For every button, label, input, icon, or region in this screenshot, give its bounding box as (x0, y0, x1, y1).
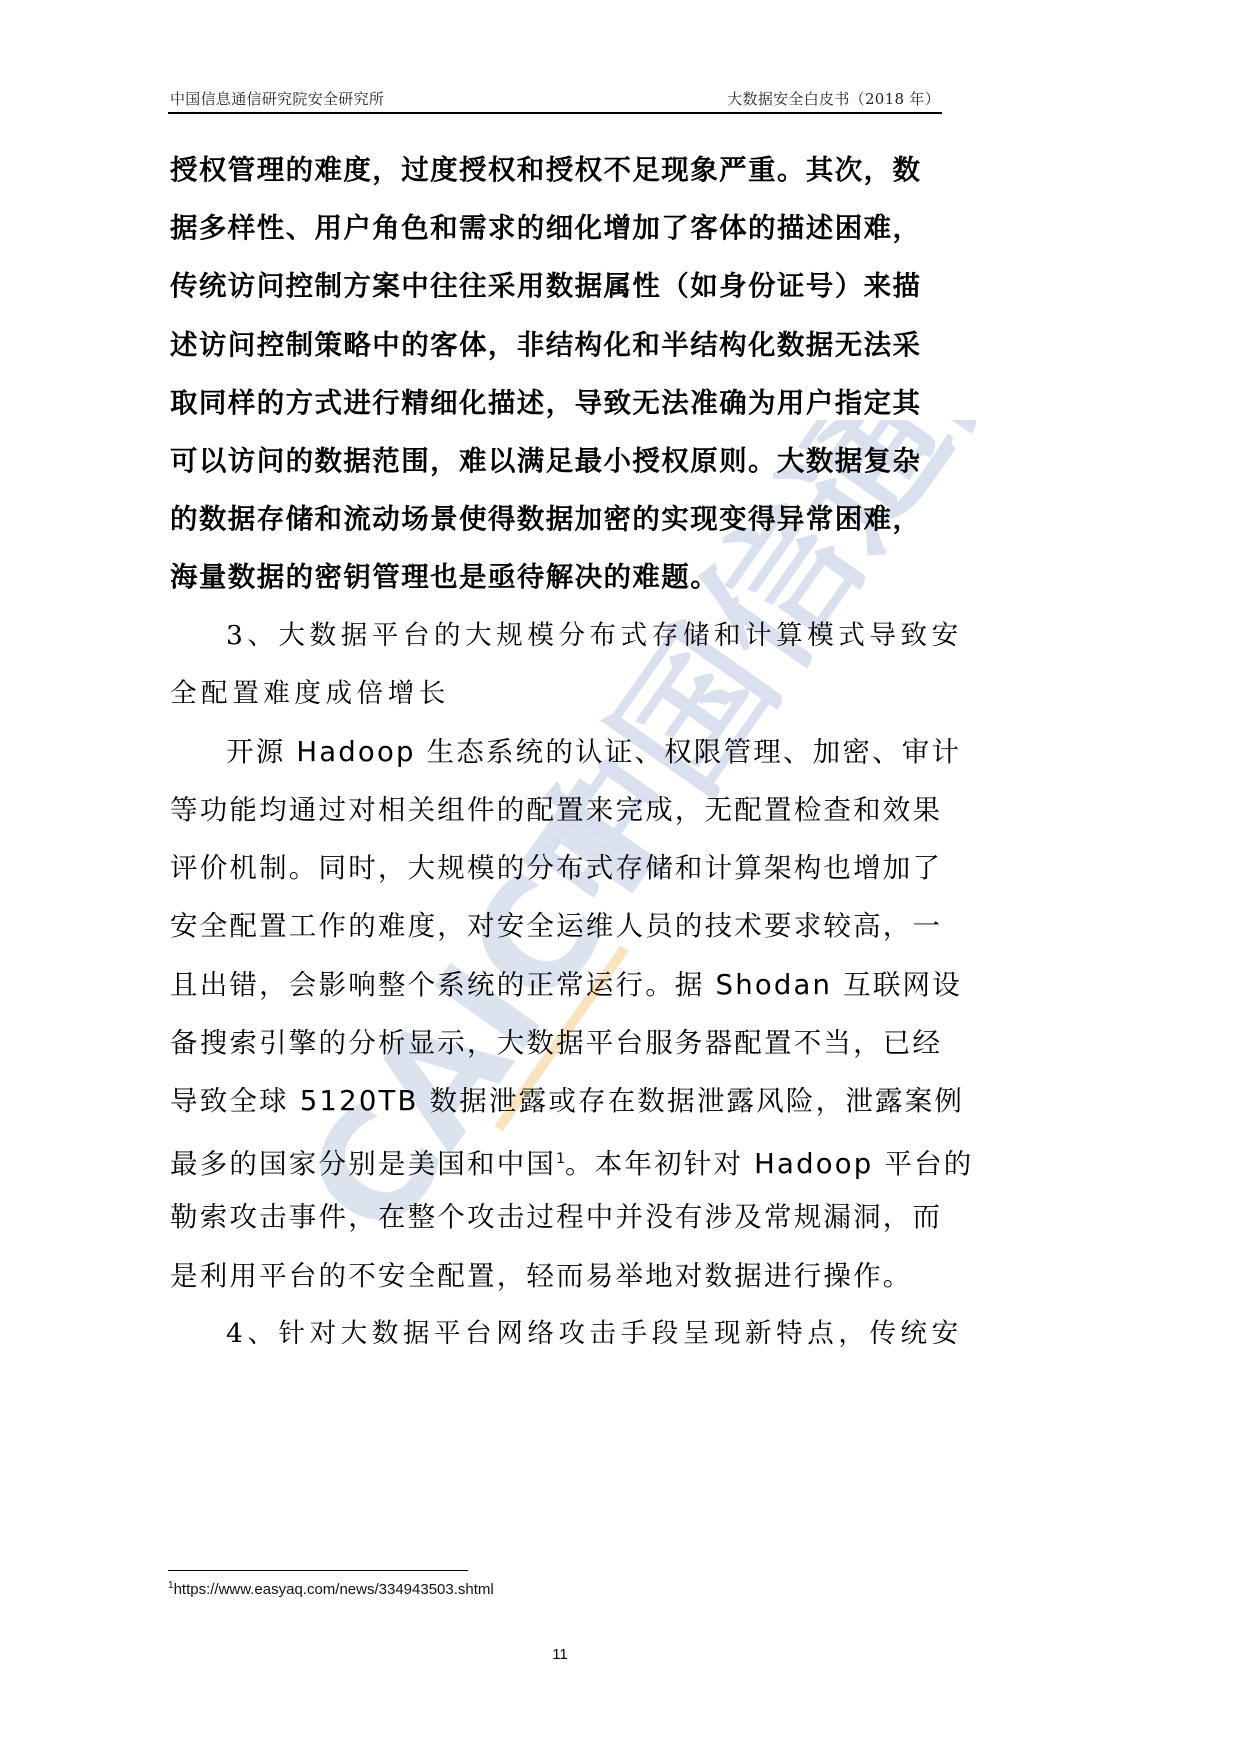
text-line: 备搜索引擎的分析显示，大数据平台服务器配置不当，已经 (170, 1014, 945, 1072)
page-number: 11 (540, 1646, 580, 1663)
text-line: 述访问控制策略中的客体，非结构化和半结构化数据无法采 (170, 316, 945, 374)
footnote-divider (168, 1570, 468, 1571)
header-organization: 中国信息通信研究院安全研究所 (170, 88, 384, 109)
heading-line: 4、针对大数据平台网络攻击手段呈现新特点，传统安 (170, 1305, 945, 1363)
text-line: 取同样的方式进行精细化描述，导致无法准确为用户指定其 (170, 374, 945, 432)
paragraph-access-control: 授权管理的难度，过度授权和授权不足现象严重。其次，数 据多样性、用户角色和需求的… (170, 141, 945, 607)
text-line: 勒索攻击事件，在整个攻击过程中并没有涉及常规漏洞，而 (170, 1188, 945, 1246)
text-line: 安全配置工作的难度，对安全运维人员的技术要求较高，一 (170, 897, 945, 955)
text-line: 且出错，会影响整个系统的正常运行。据 Shodan 互联网设 (170, 956, 945, 1014)
text-line: 的数据存储和流动场景使得数据加密的实现变得异常困难， (170, 490, 945, 548)
document-page: 中国信息通信研究院安全研究所 大数据安全白皮书（2018 年） CAICT 中国… (0, 0, 1240, 1754)
footnote-reference[interactable]: 1 (556, 1151, 565, 1167)
text-line: 开源 Hadoop 生态系统的认证、权限管理、加密、审计 (170, 723, 945, 781)
section-heading-3: 3、大数据平台的大规模分布式存储和计算模式导致安 全配置难度成倍增长 (170, 607, 945, 723)
heading-line: 全配置难度成倍增长 (170, 665, 945, 723)
text-line: 传统访问控制方案中往往采用数据属性（如身份证号）来描 (170, 257, 945, 315)
body-text: 授权管理的难度，过度授权和授权不足现象严重。其次，数 据多样性、用户角色和需求的… (170, 141, 945, 1363)
heading-line: 3、大数据平台的大规模分布式存储和计算模式导致安 (170, 607, 945, 665)
text-line: 是利用平台的不安全配置，轻而易举地对数据进行操作。 (170, 1247, 945, 1305)
paragraph-hadoop-config: 开源 Hadoop 生态系统的认证、权限管理、加密、审计 等功能均通过对相关组件… (170, 723, 945, 1305)
page-header: 中国信息通信研究院安全研究所 大数据安全白皮书（2018 年） (168, 86, 942, 110)
footnote: 1https://www.easyaq.com/news/334943503.s… (168, 1580, 494, 1598)
text-line: 评价机制。同时，大规模的分布式存储和计算架构也增加了 (170, 839, 945, 897)
text-line-with-footnote: 最多的国家分别是美国和中国1。本年初针对 Hadoop 平台的 (170, 1130, 945, 1188)
header-divider (168, 112, 942, 114)
text-line: 授权管理的难度，过度授权和授权不足现象严重。其次，数 (170, 141, 945, 199)
text-segment: 。本年初针对 Hadoop 平台的 (565, 1148, 973, 1180)
footnote-link[interactable]: https://www.easyaq.com/news/334943503.sh… (174, 1581, 494, 1598)
text-line: 海量数据的密钥管理也是亟待解决的难题。 (170, 548, 945, 606)
text-line: 据多样性、用户角色和需求的细化增加了客体的描述困难， (170, 199, 945, 257)
text-line: 等功能均通过对相关组件的配置来完成，无配置检查和效果 (170, 781, 945, 839)
text-line: 导致全球 5120TB 数据泄露或存在数据泄露风险，泄露案例 (170, 1072, 945, 1130)
text-line: 可以访问的数据范围，难以满足最小授权原则。大数据复杂 (170, 432, 945, 490)
section-heading-4: 4、针对大数据平台网络攻击手段呈现新特点，传统安 (170, 1305, 945, 1363)
header-document-title: 大数据安全白皮书（2018 年） (727, 88, 940, 109)
text-segment: 最多的国家分别是美国和中国 (170, 1148, 556, 1180)
